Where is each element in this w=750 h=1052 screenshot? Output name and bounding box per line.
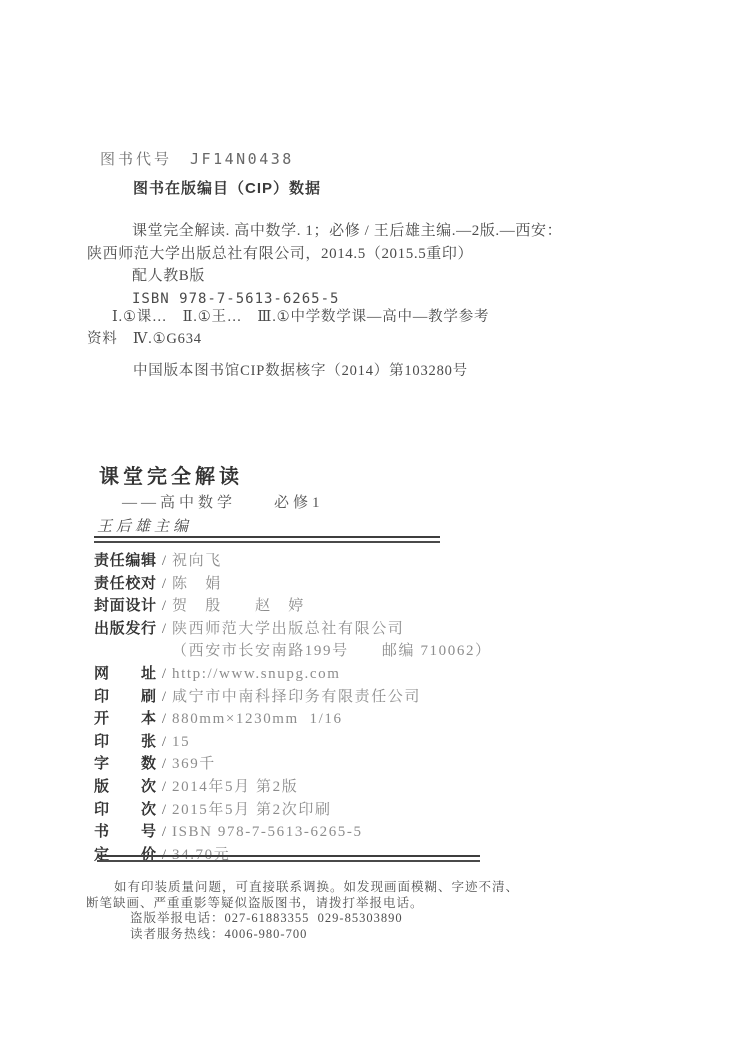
cip-edition-note: 配人教B版 — [87, 265, 587, 288]
row-value: 2015年5月 第2次印刷 — [172, 802, 332, 818]
row-value: 陕西师范大学出版总社有限公司 — [172, 621, 404, 637]
row-label: 开本 — [94, 708, 156, 731]
quality-notice-line1: 如有印装质量问题，可直接联系调换。如发现画面模糊、字迹不清、 — [86, 880, 656, 896]
separator: / — [156, 731, 172, 754]
row-label: 出版发行 — [94, 618, 156, 641]
colophon-row: 书号/ISBN 978-7-5613-6265-5 — [94, 821, 634, 844]
row-label: 封面设计 — [94, 595, 156, 618]
cip-class-line1: Ⅰ.①课… Ⅱ.①王… Ⅲ.①中学数学课—高中—教学参考 — [87, 306, 607, 328]
row-label: 印次 — [94, 799, 156, 822]
cip-class-line2: 资料 Ⅳ.①G634 — [87, 328, 607, 350]
cip-desc-line1: 课堂完全解读. 高中数学. 1；必修 / 王后雄主编.—2版.—西安： — [87, 220, 587, 243]
colophon-row: 网址/http://www.snupg.com — [94, 663, 634, 686]
row-label: 责任校对 — [94, 573, 156, 596]
book-code-label: 图书代号 — [100, 152, 172, 168]
row-value: http://www.snupg.com — [172, 666, 341, 682]
row-value: 咸宁市中南科择印务有限责任公司 — [172, 689, 421, 705]
row-label: 责任编辑 — [94, 550, 156, 573]
colophon-row: 版次/2014年5月 第2版 — [94, 776, 634, 799]
colophon-row: 责任编辑/祝向飞 — [94, 550, 634, 573]
separator: / — [156, 573, 172, 596]
row-label: 印张 — [94, 731, 156, 754]
book-subtitle: ——高中数学 必修1 — [122, 491, 324, 512]
book-code-value: JF14N0438 — [190, 150, 294, 168]
row-value: 369千 — [172, 756, 216, 772]
separator: / — [156, 663, 172, 686]
separator: / — [156, 799, 172, 822]
row-label: 书号 — [94, 821, 156, 844]
separator: / — [156, 821, 172, 844]
colophon-row: 责任校对/陈 娟 — [94, 573, 634, 596]
colophon-row-address: （西安市长安南路199号 邮编 710062） — [94, 640, 634, 663]
row-value: ISBN 978-7-5613-6265-5 — [172, 824, 363, 840]
footer-notice: 如有印装质量问题，可直接联系调换。如发现画面模糊、字迹不清、 断笔缺画、严重重影… — [86, 880, 656, 942]
quality-notice-line2: 断笔缺画、严重重影等疑似盗版图书，请拨打举报电话。 — [86, 896, 656, 912]
separator: / — [156, 708, 172, 731]
publisher-address: （西安市长安南路199号 邮编 710062） — [172, 643, 492, 659]
colophon-row: 封面设计/贺 殷 赵 婷 — [94, 595, 634, 618]
colophon-row: 印次/2015年5月 第2次印刷 — [94, 799, 634, 822]
row-value: 祝向飞 — [172, 553, 222, 569]
row-label: 版次 — [94, 776, 156, 799]
cip-header: 图书在版编目（CIP）数据 — [133, 177, 321, 198]
colophon-row: 字数/369千 — [94, 753, 634, 776]
reader-hotline: 读者服务热线：4006-980-700 — [86, 927, 656, 943]
row-label: 网址 — [94, 663, 156, 686]
colophon-row: 出版发行/陕西师范大学出版总社有限公司 — [94, 618, 634, 641]
separator: / — [156, 595, 172, 618]
row-value: 贺 殷 赵 婷 — [172, 598, 305, 614]
cip-classification: Ⅰ.①课… Ⅱ.①王… Ⅲ.①中学数学课—高中—教学参考 资料 Ⅳ.①G634 — [87, 306, 607, 350]
row-value: 880mm×1230mm 1/16 — [172, 711, 343, 727]
row-label: 印刷 — [94, 686, 156, 709]
cip-record-number: 中国版本图书馆CIP数据核字（2014）第103280号 — [133, 359, 468, 380]
copyright-page: 图书代号JF14N0438 图书在版编目（CIP）数据 课堂完全解读. 高中数学… — [0, 0, 750, 1052]
row-value: 陈 娟 — [172, 576, 222, 592]
separator: / — [156, 550, 172, 573]
colophon-row: 开本/880mm×1230mm 1/16 — [94, 708, 634, 731]
piracy-hotline: 盗版举报电话：027-61883355 029-85303890 — [86, 911, 656, 927]
separator: / — [156, 753, 172, 776]
colophon-row: 印刷/咸宁市中南科择印务有限责任公司 — [94, 686, 634, 709]
cip-description: 课堂完全解读. 高中数学. 1；必修 / 王后雄主编.—2版.—西安： 陕西师范… — [87, 220, 587, 310]
divider-top — [94, 536, 440, 543]
separator: / — [156, 776, 172, 799]
row-label: 字数 — [94, 753, 156, 776]
row-value: 15 — [172, 734, 190, 750]
row-value: 2014年5月 第2版 — [172, 779, 298, 795]
book-code: 图书代号JF14N0438 — [100, 148, 294, 169]
cip-isbn: ISBN 978-7-5613-6265-5 — [132, 291, 339, 307]
separator: / — [156, 686, 172, 709]
cip-desc-line2: 陕西师范大学出版总社有限公司，2014.5（2015.5重印） — [87, 243, 587, 266]
book-editor: 王后雄主编 — [97, 515, 192, 536]
colophon-row: 印张/15 — [94, 731, 634, 754]
colophon: 责任编辑/祝向飞 责任校对/陈 娟 封面设计/贺 殷 赵 婷 出版发行/陕西师范… — [94, 550, 634, 866]
separator: / — [156, 618, 172, 641]
divider-bottom — [97, 855, 480, 862]
book-title: 课堂完全解读 — [99, 460, 243, 489]
